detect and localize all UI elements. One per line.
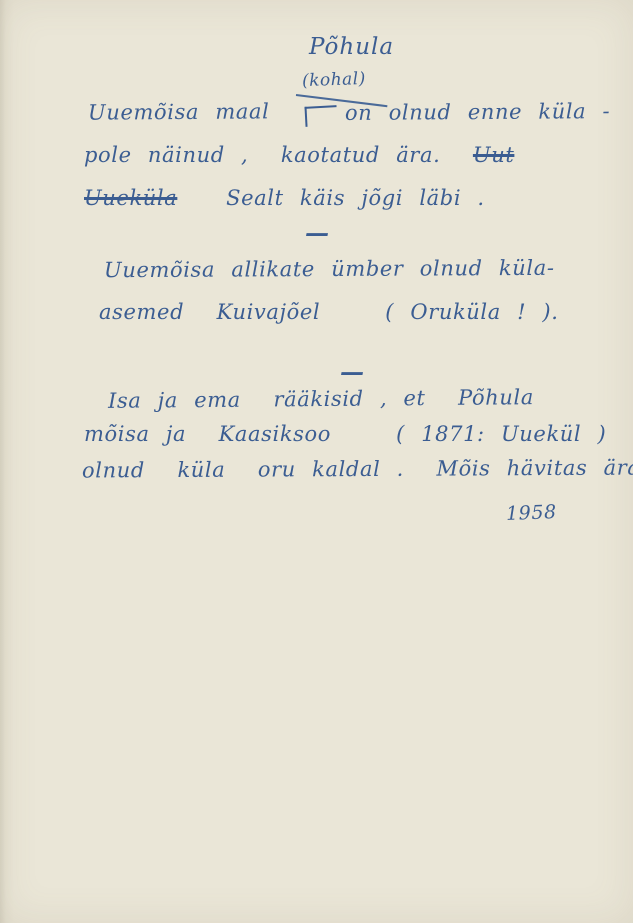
para1-line3: Uueküla Sealt käis jõgi läbi . xyxy=(84,186,485,210)
para2-line1: Uuemõisa allikate ümber olnud küla- xyxy=(104,256,555,282)
para1-line3-text: Sealt käis jõgi läbi . xyxy=(177,186,484,210)
para3-line2: mõisa ja Kaasiksoo ( 1871: Uuekül ) vahe… xyxy=(84,422,633,446)
year-note: 1958 xyxy=(506,501,558,525)
insertion-note: (kohal) xyxy=(302,69,366,91)
para1-line2-text: pole näinud , kaotatud ära. xyxy=(84,143,473,167)
para1-line3-struck-word: Uueküla xyxy=(84,186,177,210)
paragraph-separator-1: — xyxy=(305,218,329,247)
page-title: Põhula xyxy=(309,34,394,60)
para1-line2-struck-word: Uut xyxy=(473,143,514,167)
para3-line1: Isa ja ema rääkisid , et Põhula xyxy=(108,385,534,413)
scanned-page: Põhula (kohal) Uuemõisa maal on olnud en… xyxy=(0,0,633,923)
para2-line2: asemed Kuivajõel ( Oruküla ! ). xyxy=(99,300,559,324)
para1-line1-after: on olnud enne küla - xyxy=(345,99,610,125)
para1-line2: pole näinud , kaotatud ära. Uut xyxy=(84,143,514,167)
para3-line3: olnud küla oru kaldal . Mõis hävitas ära… xyxy=(82,456,633,483)
paragraph-separator-2: — xyxy=(340,357,364,386)
para1-line1-before: Uuemõisa maal xyxy=(88,99,270,124)
insertion-caret-mark xyxy=(304,105,337,127)
